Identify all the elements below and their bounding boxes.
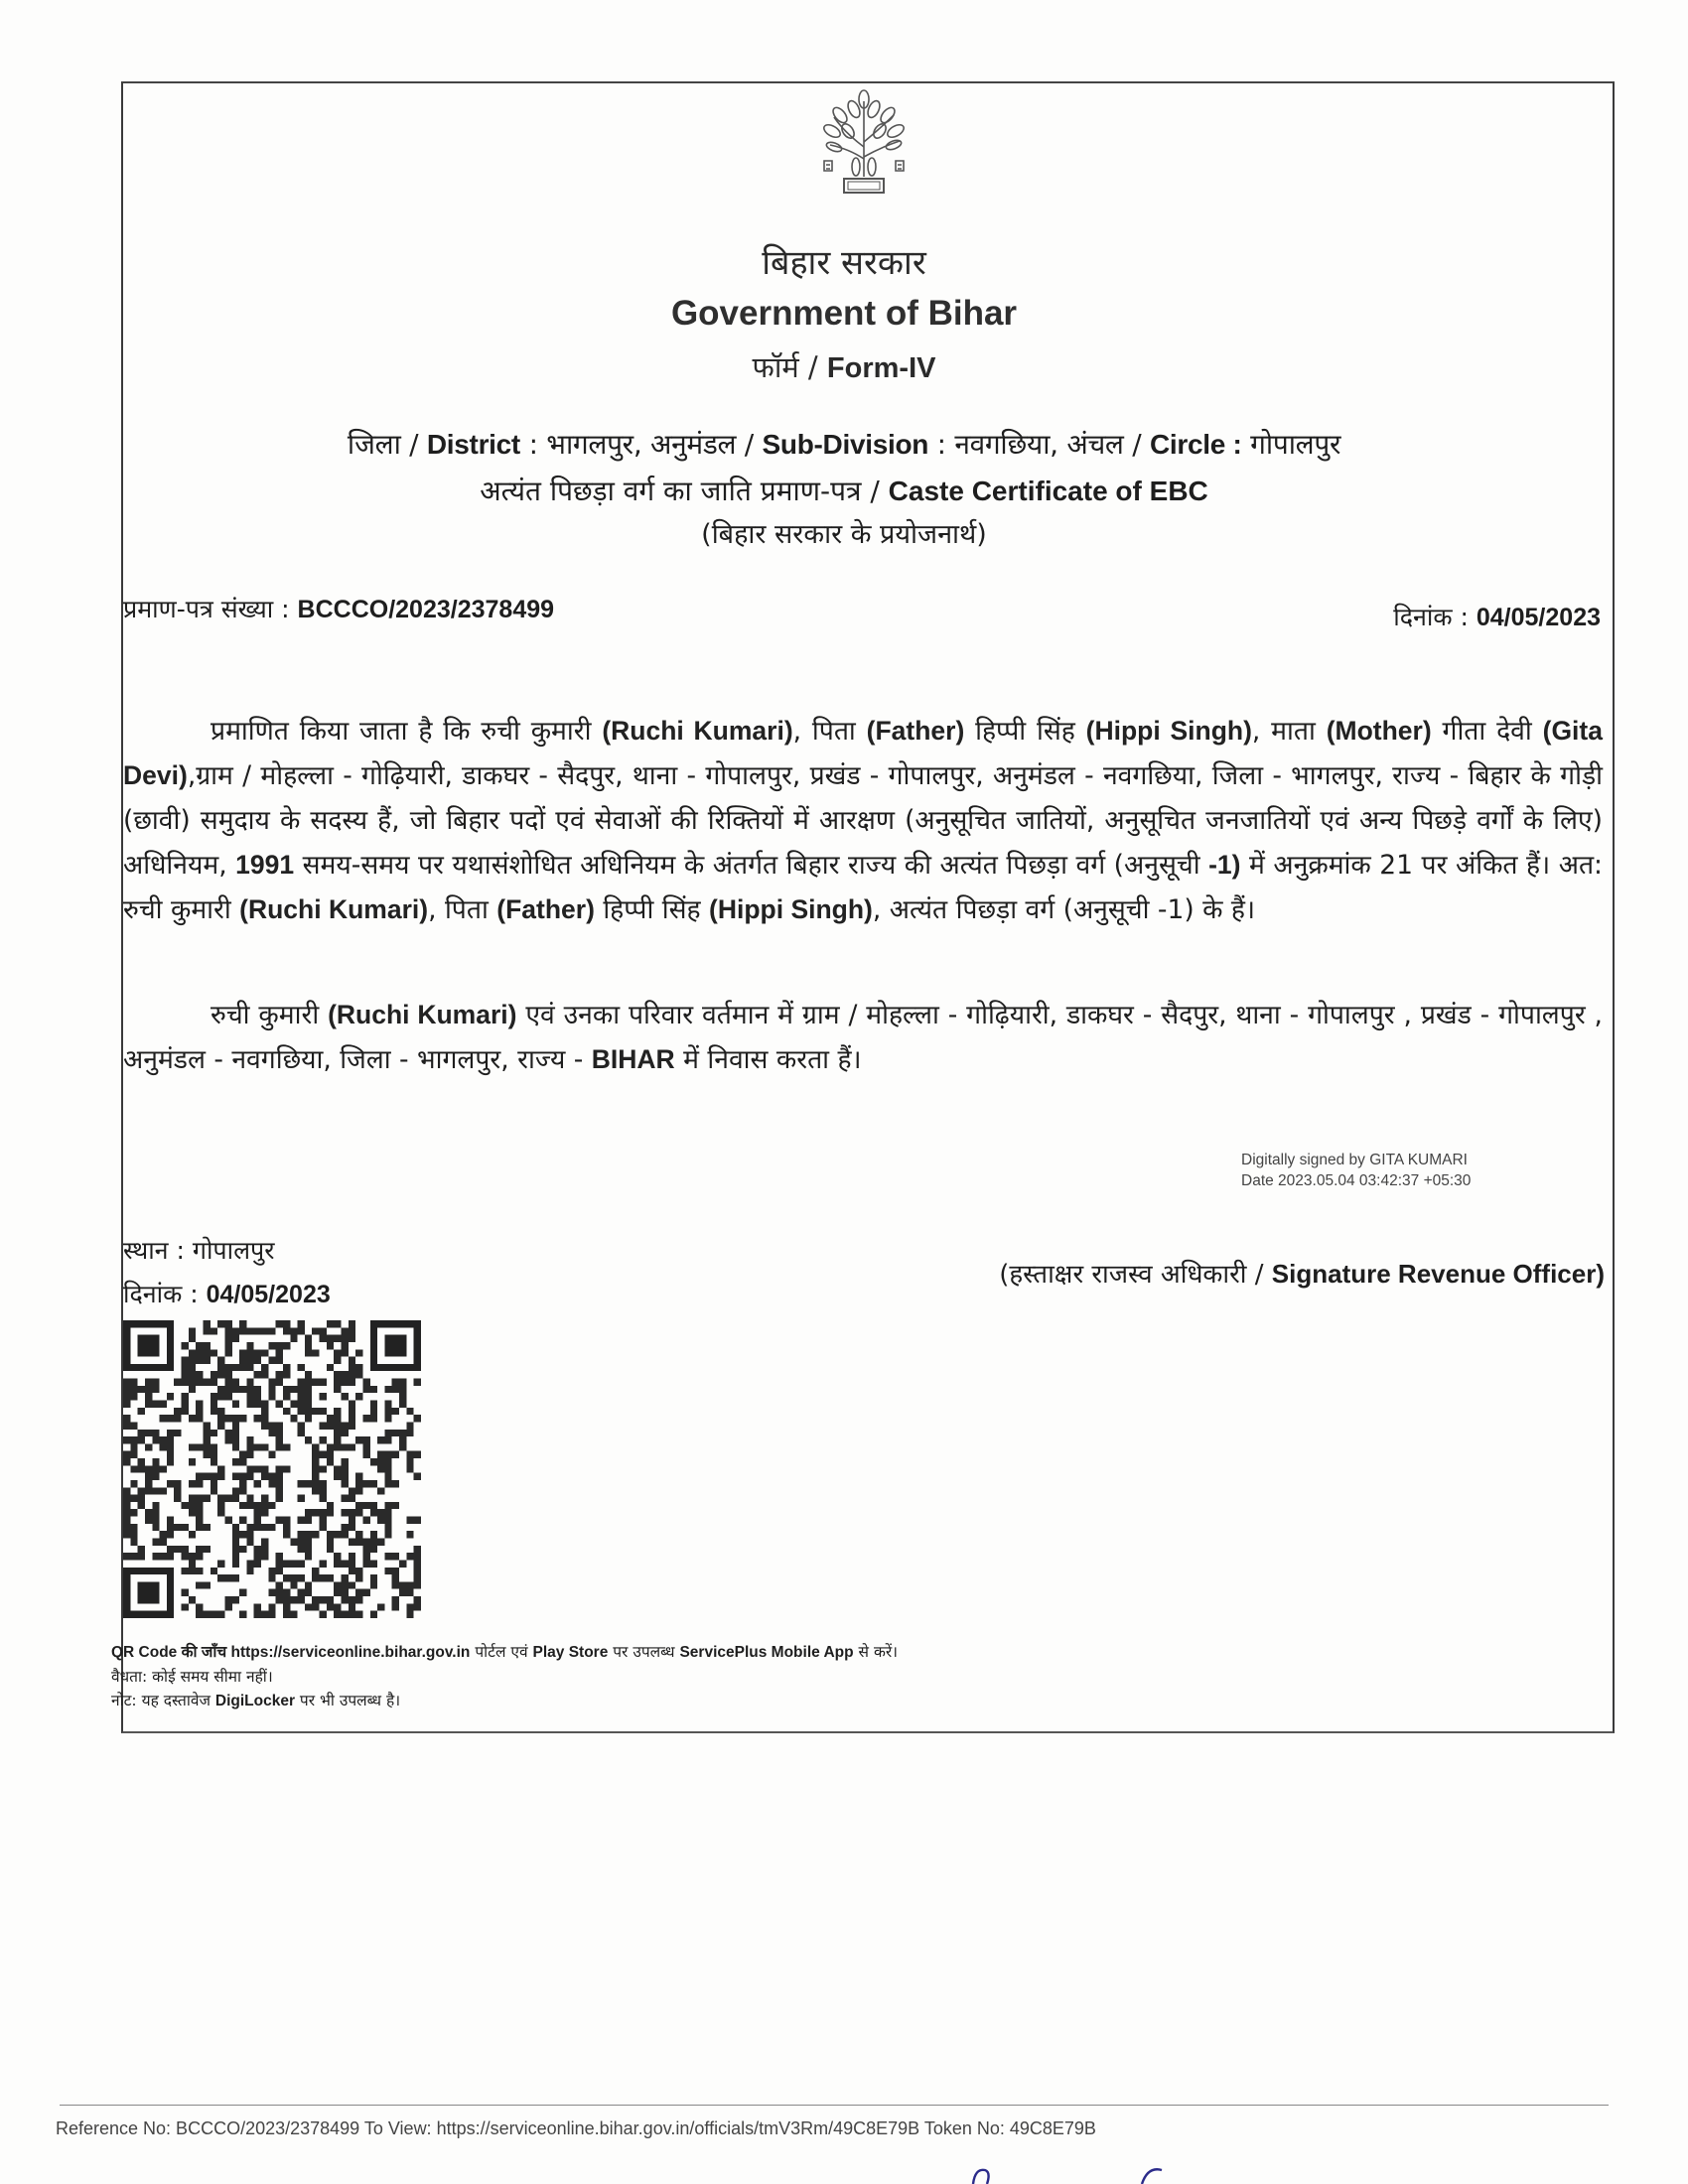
digilocker-note-text: नोट: यह दस्तावेज bbox=[111, 1692, 215, 1709]
signature-title: (हस्ताक्षर राजस्व अधिकारी / Signature Re… bbox=[999, 1255, 1605, 1291]
emphasized-text: (Hippi Singh) bbox=[709, 894, 873, 924]
form-label-english: Form-IV bbox=[827, 352, 936, 384]
emphasized-text: (Ruchi Kumari) bbox=[239, 894, 428, 924]
emphasized-text: (Hippi Singh) bbox=[1086, 716, 1252, 746]
serviceplus-app-text: ServicePlus Mobile App bbox=[679, 1644, 853, 1661]
certificate-body-paragraph-1: प्रमाणित किया जाता है कि रुची कुमारी (Ru… bbox=[123, 709, 1603, 932]
footer-divider bbox=[60, 2105, 1609, 2106]
emphasized-text: (Father) bbox=[867, 716, 965, 746]
body-text: , माता bbox=[1252, 716, 1327, 747]
digital-signature-signer: Digitally signed by GITA KUMARI bbox=[1241, 1150, 1471, 1170]
body-text: प्रमाणित किया जाता है कि रुची कुमारी bbox=[211, 716, 602, 747]
emphasized-text: (Mother) bbox=[1327, 716, 1432, 746]
district-label: District bbox=[427, 429, 520, 460]
footer-reference: Reference No: BCCCO/2023/2378499 To View… bbox=[56, 2118, 1096, 2139]
bihar-emblem-icon bbox=[804, 87, 923, 206]
form-label: फॉर्म / Form-IV bbox=[0, 347, 1688, 386]
body-text: गीता देवी bbox=[1432, 716, 1543, 747]
emphasized-text: BIHAR bbox=[592, 1044, 675, 1074]
digilocker-text: DigiLocker bbox=[215, 1693, 295, 1709]
place-date-label: दिनांक : bbox=[123, 1280, 199, 1308]
issue-date: दिनांक : 04/05/2023 bbox=[1393, 600, 1601, 633]
digilocker-note-text-2: पर भी उपलब्ध है। bbox=[295, 1692, 400, 1709]
body-text: , पिता bbox=[428, 894, 496, 925]
place-label: स्थान : गोपालपुर bbox=[123, 1229, 331, 1273]
certificate-title-english: Caste Certificate of EBC bbox=[889, 476, 1208, 506]
emphasized-text: (Father) bbox=[496, 894, 595, 924]
body-text: हिप्पी सिंह bbox=[964, 716, 1085, 747]
certificate-number-label: प्रमाण-पत्र संख्या : bbox=[123, 595, 290, 623]
validity-note: वैधता: कोई समय सीमा नहीं। bbox=[111, 1665, 898, 1689]
circle-value: गोपालपुर bbox=[1250, 428, 1340, 461]
service-portal-link[interactable]: https://serviceonline.bihar.gov.in bbox=[231, 1644, 471, 1661]
emphasized-text: 1991 bbox=[235, 850, 294, 880]
header-title-hindi: बिहार सरकार bbox=[0, 238, 1688, 284]
subdivision-value: : नवगछिया, अंचल / bbox=[937, 428, 1142, 461]
district-value: : भागलपुर, अनुमंडल / bbox=[529, 428, 754, 461]
issue-date-label: दिनांक : bbox=[1393, 603, 1469, 631]
certificate-purpose: (बिहार सरकार के प्रयोजनार्थ) bbox=[0, 514, 1688, 551]
certificate-number: प्रमाण-पत्र संख्या : BCCCO/2023/2378499 bbox=[123, 592, 554, 625]
place-date-block: स्थान : गोपालपुर दिनांक : 04/05/2023 bbox=[123, 1229, 331, 1316]
emphasized-text: -1) bbox=[1208, 850, 1240, 880]
header-title-english: Government of Bihar bbox=[0, 294, 1688, 334]
digital-signature-date: Date 2023.05.04 03:42:37 +05:30 bbox=[1241, 1170, 1471, 1191]
location-line: जिला / District : भागलपुर, अनुमंडल / Sub… bbox=[0, 425, 1688, 463]
body-text: , अत्यंत पिछड़ा वर्ग (अनुसूची -1) के हैं… bbox=[873, 894, 1255, 925]
place-date: दिनांक : 04/05/2023 bbox=[123, 1273, 331, 1316]
qr-note-text: QR Code की जाँच bbox=[111, 1644, 231, 1661]
district-label-hindi: जिला / bbox=[348, 428, 418, 461]
signature-title-english: Signature Revenue Officer) bbox=[1272, 1259, 1605, 1289]
place-date-value: 04/05/2023 bbox=[207, 1281, 331, 1308]
circle-label: Circle bbox=[1150, 429, 1225, 460]
digital-signature-block: Digitally signed by GITA KUMARI Date 202… bbox=[1241, 1150, 1471, 1191]
certificate-title: अत्यंत पिछड़ा वर्ग का जाति प्रमाण-पत्र /… bbox=[0, 472, 1688, 509]
qr-note-text-4: से करें। bbox=[854, 1643, 898, 1661]
body-text: हिप्पी सिंह bbox=[595, 894, 709, 925]
subdivision-label: Sub-Division bbox=[763, 429, 929, 460]
qr-verification-note: QR Code की जाँच https://serviceonline.bi… bbox=[111, 1640, 898, 1665]
pen-marks-icon bbox=[953, 2164, 1192, 2184]
emphasized-text: (Ruchi Kumari) bbox=[602, 716, 792, 746]
body-text: , पिता bbox=[793, 716, 867, 747]
body-text: रुची कुमारी bbox=[211, 1000, 328, 1030]
emphasized-text: (Ruchi Kumari) bbox=[328, 1000, 516, 1029]
digilocker-note: नोट: यह दस्तावेज DigiLocker पर भी उपलब्ध… bbox=[111, 1689, 898, 1713]
signature-title-hindi: (हस्ताक्षर राजस्व अधिकारी / bbox=[999, 1260, 1263, 1290]
footnotes: QR Code की जाँच https://serviceonline.bi… bbox=[111, 1640, 898, 1713]
play-store-text: Play Store bbox=[533, 1644, 609, 1661]
issue-date-value: 04/05/2023 bbox=[1477, 604, 1601, 631]
certificate-number-value: BCCCO/2023/2378499 bbox=[298, 596, 555, 623]
qr-note-text-2: पोर्टल एवं bbox=[470, 1643, 532, 1661]
body-text: समय-समय पर यथासंशोधित अधिनियम के अंतर्गत… bbox=[294, 850, 1208, 881]
form-label-hindi: फॉर्म / bbox=[753, 350, 818, 384]
circle-colon: : bbox=[1225, 429, 1242, 460]
qr-code-icon[interactable] bbox=[123, 1320, 421, 1618]
body-text: में निवास करता हैं। bbox=[675, 1044, 862, 1075]
certificate-title-hindi: अत्यंत पिछड़ा वर्ग का जाति प्रमाण-पत्र / bbox=[480, 475, 880, 507]
qr-note-text-3: पर उपलब्ध bbox=[608, 1643, 679, 1661]
certificate-body-paragraph-2: रुची कुमारी (Ruchi Kumari) एवं उनका परिव… bbox=[123, 993, 1603, 1082]
